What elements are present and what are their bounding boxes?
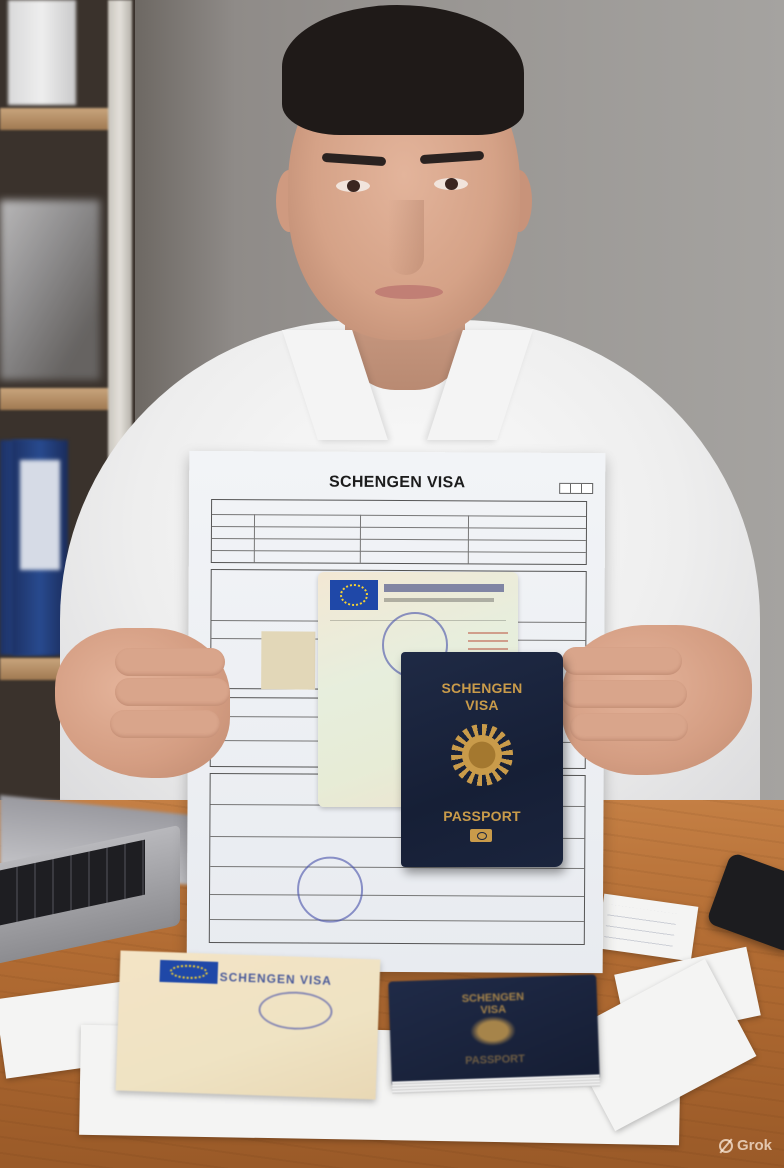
shelf-board [0, 388, 110, 410]
passport-title-line2: VISA [401, 697, 563, 713]
shelf-board [0, 108, 110, 130]
desk-visa-sticker: SCHENGEN VISA [116, 951, 381, 1100]
nose [388, 200, 424, 275]
visa-header-text [384, 584, 504, 592]
watermark: Grok [719, 1137, 772, 1154]
form-checkboxes [559, 483, 593, 494]
hair [282, 5, 524, 135]
photo-placeholder [261, 631, 315, 689]
eu-flag-icon [159, 960, 218, 984]
form-title: SCHENGEN VISA [189, 473, 605, 493]
coat-of-arms-icon [470, 1015, 517, 1047]
passport-title-line1: SCHENGEN [401, 680, 563, 696]
watermark-text: Grok [737, 1137, 772, 1154]
official-stamp [297, 856, 363, 922]
biometric-chip-icon [470, 829, 492, 842]
visa-stamp [258, 990, 333, 1031]
passport: SCHENGEN VISA PASSPORT [401, 652, 563, 867]
mouth [375, 285, 443, 299]
form-section-header [211, 499, 587, 565]
leaning-books [0, 200, 100, 380]
eye-left [336, 180, 370, 192]
desk-passport-label: PASSPORT [391, 1050, 599, 1069]
eye-right [434, 178, 468, 190]
coat-of-arms-icon [451, 724, 513, 786]
eu-flag-icon [330, 580, 378, 610]
desk-passport: SCHENGEN VISA PASSPORT [388, 974, 600, 1086]
grok-logo-icon [719, 1139, 733, 1153]
desk-visa-title: SCHENGEN VISA [219, 970, 332, 988]
passport-label: PASSPORT [401, 808, 563, 824]
white-binder [8, 0, 76, 105]
